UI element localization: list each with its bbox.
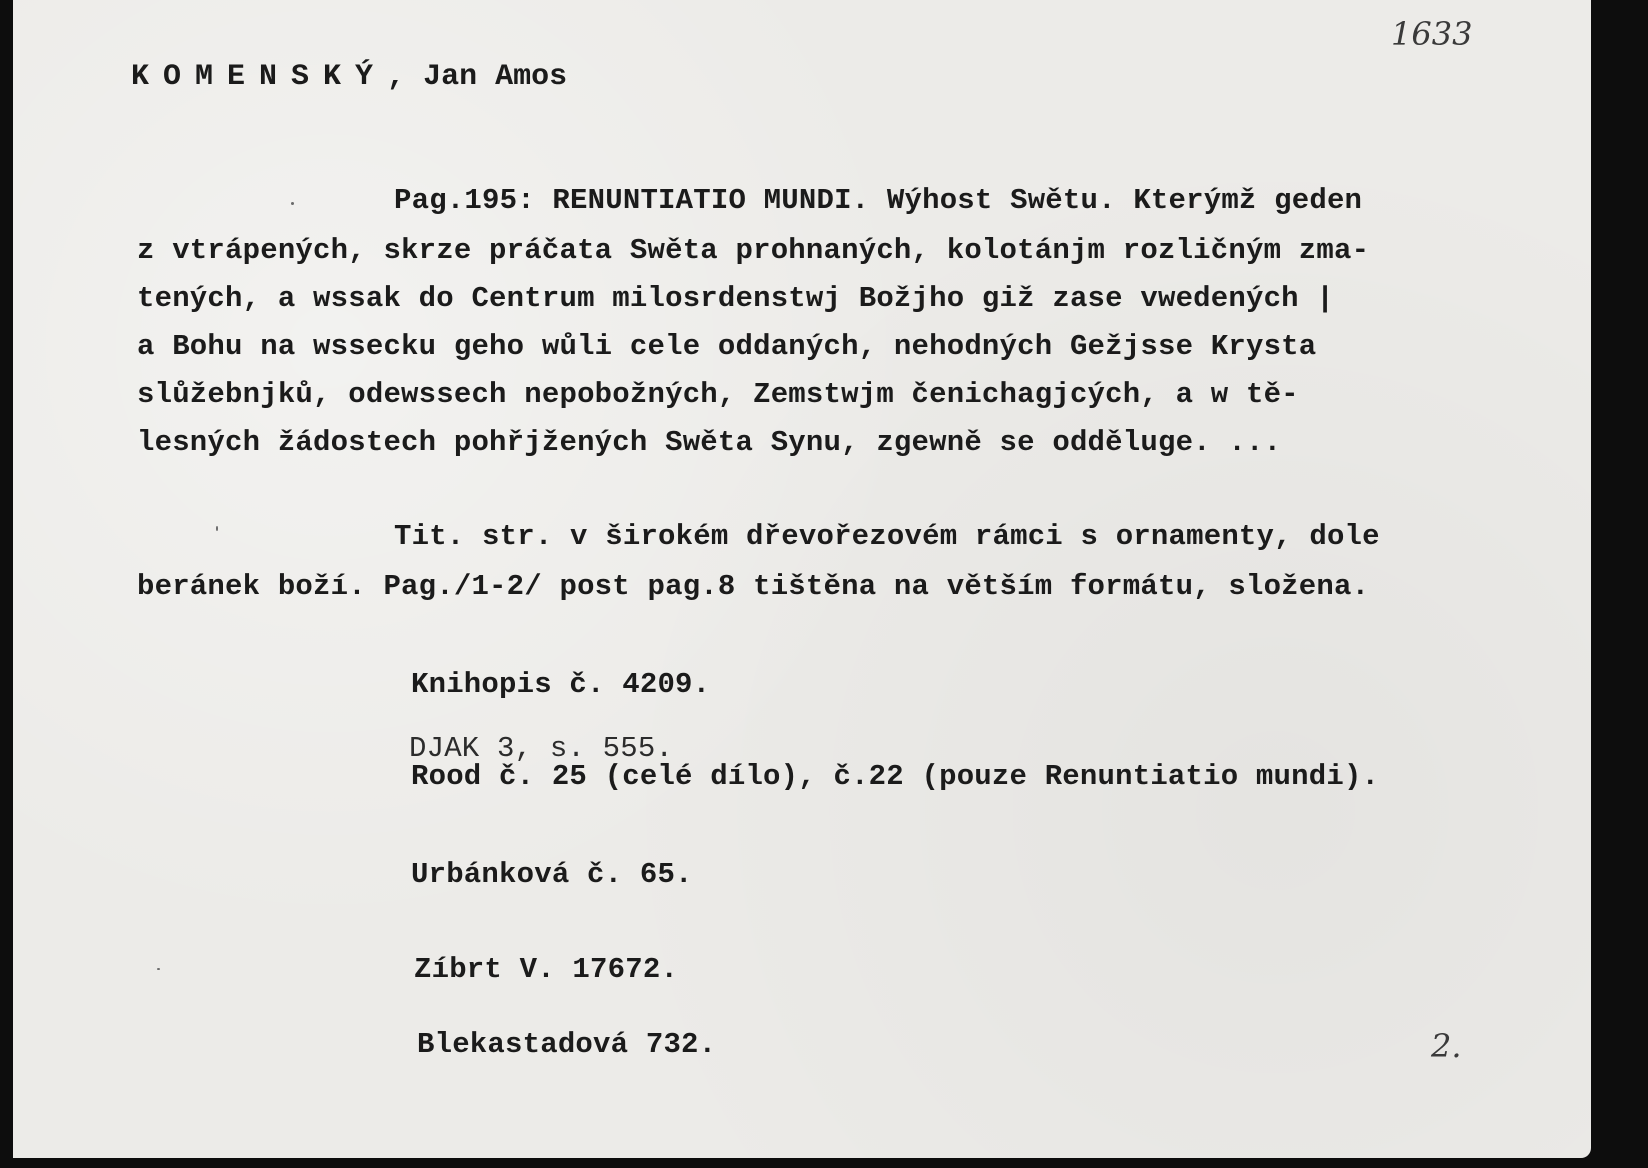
catalog-number: 1633: [1391, 18, 1472, 50]
reference-djak: DJAK 3, s. 555.: [409, 734, 673, 763]
reference-zibrt: Zíbrt V. 17672.: [414, 955, 678, 984]
reference-blekastadova: Blekastadová 732.: [417, 1030, 716, 1059]
annotation-line: lesných žádostech pohřjžených Swěta Synu…: [137, 428, 1281, 457]
annotation-line: tených, a wssak do Centrum milosrdenstwj…: [137, 284, 1334, 313]
scanned-catalog-card: 1633 KOMENSKÝ, Jan Amos Pag.195: RENUNTI…: [0, 0, 1648, 1168]
description-line: Tit. str. v širokém dřevořezovém rámci s…: [394, 522, 1380, 551]
page-marker: 2.: [1431, 1030, 1462, 1062]
paper-speck: [291, 202, 294, 205]
card-heading: KOMENSKÝ, Jan Amos: [131, 62, 567, 92]
reference-rood: Rood č. 25 (celé dílo), č.22 (pouze Renu…: [411, 762, 1379, 791]
annotation-line: a Bohu na wssecku geho wůli cele oddanýc…: [137, 332, 1316, 361]
reference-urbankova: Urbánková č. 65.: [411, 860, 693, 889]
catalog-card: 1633 KOMENSKÝ, Jan Amos Pag.195: RENUNTI…: [13, 0, 1591, 1158]
annotation-line: z vtrápených, skrze práčata Swěta prohna…: [137, 236, 1369, 265]
paper-speck: [157, 968, 160, 970]
annotation-line: slůžebnjků, odewssech nepobožných, Zemst…: [137, 380, 1299, 409]
reference-knihopis: Knihopis č. 4209.: [411, 670, 710, 699]
author-surname: KOMENSKÝ: [131, 60, 387, 94]
author-given-names: Jan Amos: [423, 60, 567, 94]
paper-speck: [216, 526, 218, 531]
annotation-line: Pag.195: RENUNTIATIO MUNDI. Wýhost Swětu…: [394, 186, 1362, 215]
description-line: beránek boží. Pag./1-2/ post pag.8 tiště…: [137, 572, 1369, 601]
heading-separator: ,: [387, 60, 405, 94]
